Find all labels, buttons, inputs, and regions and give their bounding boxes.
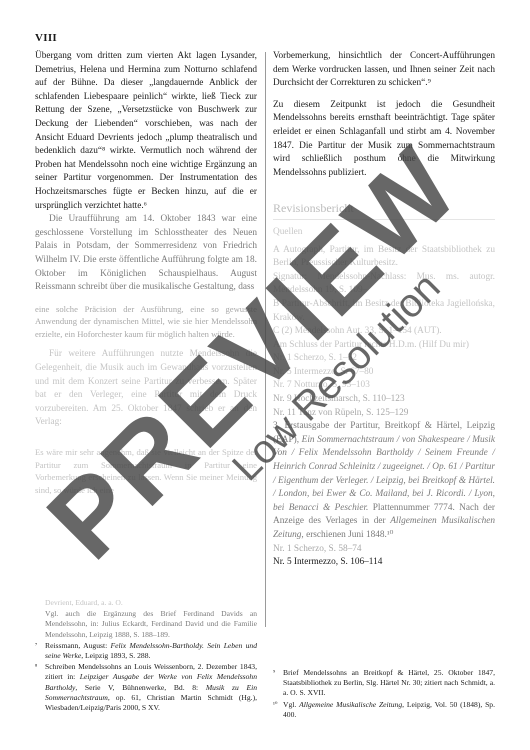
footnote: Devrient, Eduard, a. a. O. xyxy=(35,598,257,608)
footnote-7: ⁷ Reissmann, August: Felix Mendelssohn-B… xyxy=(35,641,257,661)
footnote: Vgl. auch die Ergänzung des Brief Ferdin… xyxy=(35,609,257,640)
source-item: Nr. 5 Intermezzo, S. 67–80 xyxy=(273,366,495,380)
source-item: Nr. 1 Scherzo, S. 1–32 xyxy=(273,352,495,366)
edition-item: Nr. 5 Intermezzo, S. 106–114 xyxy=(273,556,495,570)
source-item: Nr. 7 Notturno, S. 93–103 xyxy=(273,379,495,393)
section-subheading: Quellen xyxy=(273,226,495,240)
source-item: Am Schluss der Partitur rechts H.D.m. (H… xyxy=(273,339,495,353)
footnote-mark: ¹⁰ xyxy=(273,700,277,710)
source-item: A Autograph, Partitur, im Besitz der Sta… xyxy=(273,244,495,271)
left-column: Übergang vom dritten zum vierten Akt lag… xyxy=(35,50,257,504)
edition-description: 3. Erstausgabe der Partitur, Breitkopf &… xyxy=(273,420,495,542)
section-heading: Revisionsbericht xyxy=(273,202,495,220)
right-column: Vorbemerkung, hinsichtlich der Concert-A… xyxy=(273,50,495,570)
column-divider xyxy=(265,52,266,627)
footnote-9: ⁹ Brief Mendelssohns an Breitkopf & Härt… xyxy=(273,668,495,699)
left-paragraph-3: Für weitere Aufführungen nutzte Mendelss… xyxy=(35,348,257,430)
footnote-mark: ⁹ xyxy=(273,668,275,678)
footnote-mark: ⁷ xyxy=(35,641,37,651)
source-item: B Partitur-Abschrift, im Besitz der Bibl… xyxy=(273,298,495,325)
footnote-mark: ⁸ xyxy=(35,662,37,672)
source-item: C (2) Mendelssohn Aut. 33, S. 1–154 (AUT… xyxy=(273,325,495,339)
right-footnotes: ⁹ Brief Mendelssohns an Breitkopf & Härt… xyxy=(273,668,495,721)
page-number: VIII xyxy=(35,32,57,44)
source-item: Signatur: Mendelssohn-Nachlass: Mus. ms.… xyxy=(273,271,495,298)
edition-item: Nr. 1 Scherzo, S. 58–74 xyxy=(273,543,495,557)
left-paragraph-2: Die Uraufführung am 14. Oktober 1843 war… xyxy=(35,213,257,295)
right-paragraph-2: Zu diesem Zeitpunkt ist jedoch die Gesun… xyxy=(273,99,495,181)
sources-list: A Autograph, Partitur, im Besitz der Sta… xyxy=(273,244,495,421)
footnote-10: ¹⁰ Vgl. Allgemeine Musikalische Zeitung,… xyxy=(273,700,495,720)
source-item: Nr. 11 Tanz von Rüpeln, S. 125–129 xyxy=(273,407,495,421)
block-quote: eine solche Präcision der Ausführung, ei… xyxy=(35,303,257,341)
left-paragraph-1: Übergang vom dritten zum vierten Akt lag… xyxy=(35,50,257,213)
right-paragraph-1: Vorbemerkung, hinsichtlich der Concert-A… xyxy=(273,50,495,91)
left-footnotes: Devrient, Eduard, a. a. O. Vgl. auch die… xyxy=(35,598,257,714)
footnote-8: ⁸ Schreiben Mendelssohns an Louis Weisse… xyxy=(35,662,257,713)
left-paragraph-4: Es wäre mir sehr angenehm, daß sie viell… xyxy=(35,446,257,496)
source-item: Nr. 9 Hochzeitsmarsch, S. 110–123 xyxy=(273,393,495,407)
